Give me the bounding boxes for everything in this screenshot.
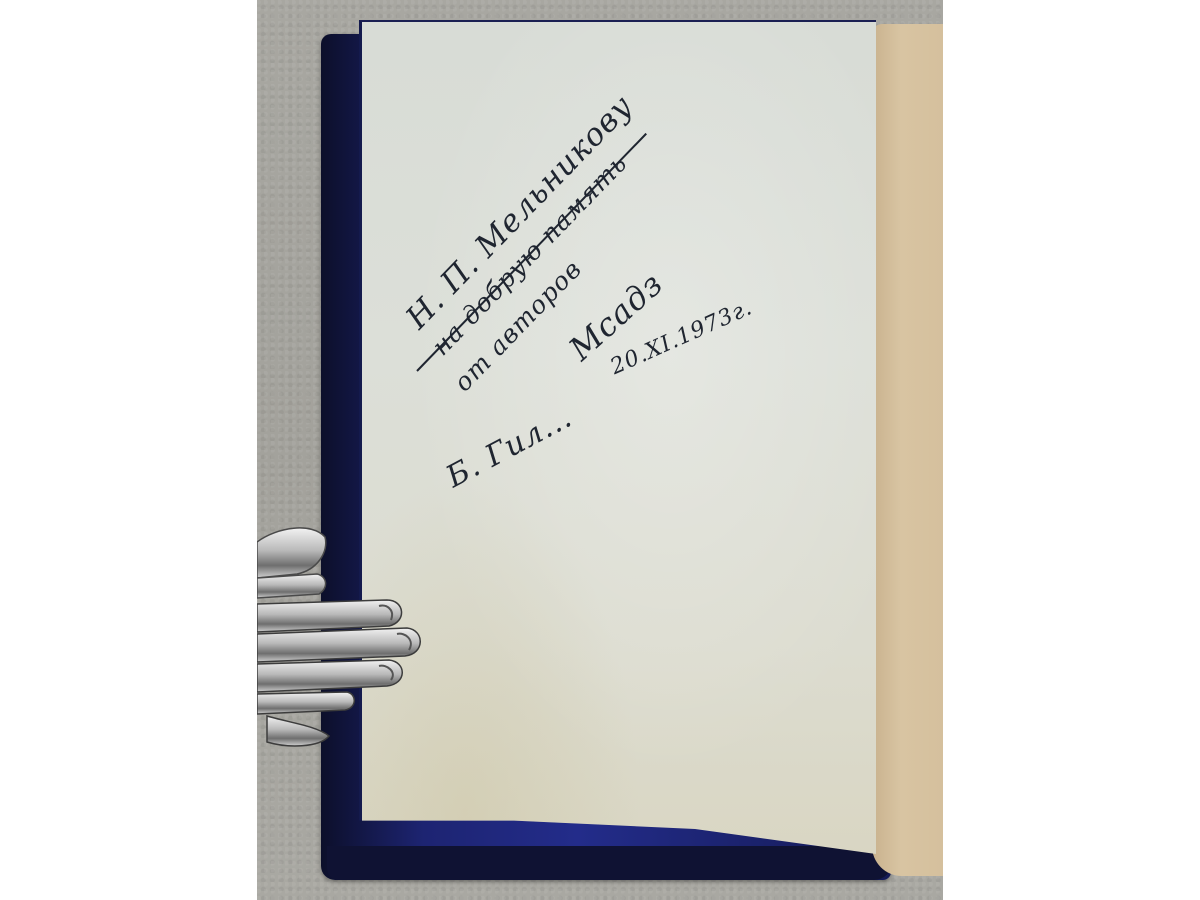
- book-cover-bottom-edge: [327, 846, 892, 880]
- inscribed-page: [359, 20, 876, 854]
- facing-page: [872, 24, 943, 876]
- silver-hand-icon: [257, 522, 427, 752]
- photo: Н. П. Мельникову на добрую память от авт…: [257, 0, 943, 900]
